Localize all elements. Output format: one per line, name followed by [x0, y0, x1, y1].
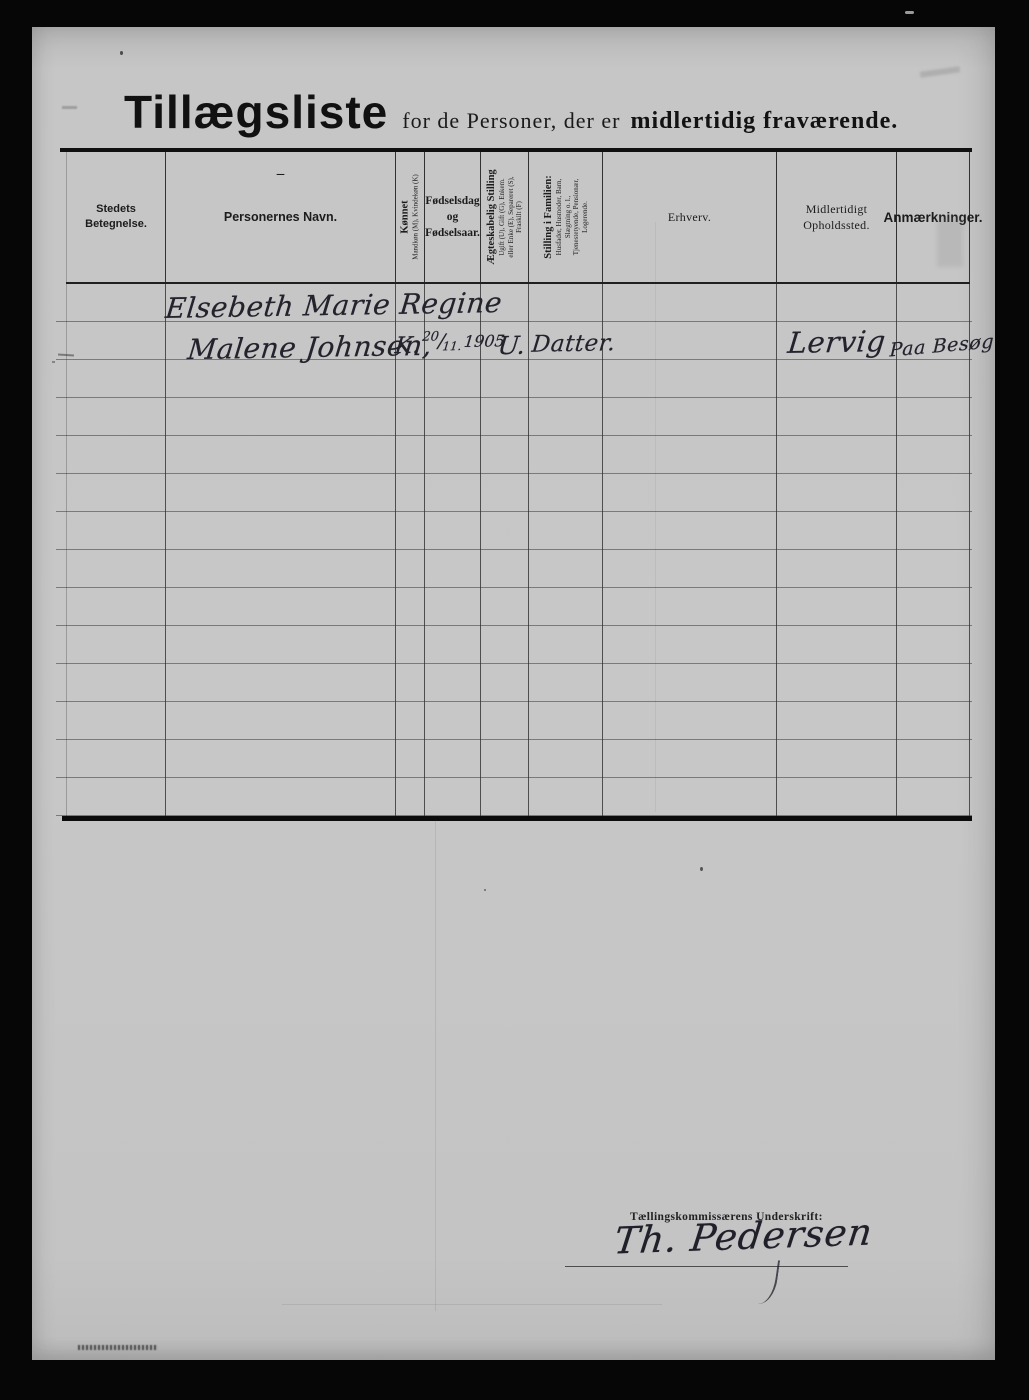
stray-pen-mark: [52, 361, 55, 363]
header-fodselsdag: Fødselsdag og Fødselsaar.: [425, 152, 481, 282]
title-main: Tillægsliste: [124, 85, 388, 139]
fold-crease-vertical-2: [655, 222, 656, 812]
table-header-row: Stedets Betegnelse. – Personernes Navn. …: [66, 152, 970, 284]
header-midlertidigt-opholdssted: Midlertidigt Opholdssted.: [777, 152, 897, 282]
fold-crease-vertical: [435, 819, 436, 1311]
entry-family-position: Datter.: [531, 330, 617, 357]
entry-marital-status: U.: [496, 331, 527, 360]
column-konnet: [396, 284, 425, 816]
header-konnet: Kønnet Mandkøn (M), Kvindekøn (K): [396, 152, 425, 282]
title-emphasis: midlertidig fraværende.: [630, 108, 898, 135]
signature-handwriting: Th. Pedersen: [612, 1211, 876, 1263]
entry-birth-month: 11.: [442, 339, 463, 353]
column-aegteskab: [481, 284, 529, 816]
header-aegteskabelig-stilling: Ægteskabelig Stilling Ugift (U), Gift (G…: [481, 152, 529, 282]
ink-speck: [484, 889, 486, 891]
form-page: Tillægsliste for de Personer, der er mid…: [32, 27, 995, 1360]
fold-crease-horizontal: [282, 1304, 662, 1305]
pencil-smudge: [937, 217, 963, 267]
pencil-smudge: [920, 66, 960, 78]
column-stilling: [529, 284, 603, 816]
census-table: Stedets Betegnelse. – Personernes Navn. …: [66, 152, 970, 821]
header-erhverv: Erhverv.: [603, 152, 777, 282]
scanned-census-form: Tillægsliste for de Personer, der er mid…: [0, 0, 1029, 1400]
header-dash: –: [277, 166, 285, 183]
header-stedets-betegnelse: Stedets Betegnelse.: [66, 152, 166, 282]
ink-speck: [700, 867, 703, 871]
scan-border-speck: [905, 11, 914, 14]
table-bottom-rule: [62, 816, 972, 821]
entry-sex: K.: [394, 333, 422, 359]
ink-speck: [120, 51, 123, 55]
page-title: Tillægsliste for de Personer, der er mid…: [124, 85, 898, 139]
entry-birth-day: 20: [422, 329, 440, 344]
column-erhverv: [603, 284, 777, 816]
entry-birthdate: 20/11.1905: [421, 329, 506, 352]
title-subtitle: for de Personer, der er: [402, 108, 620, 134]
printer-imprint: [78, 1345, 158, 1350]
column-anmaerkninger: [897, 284, 970, 816]
column-stedets: [66, 284, 166, 816]
ink-smudge: [62, 106, 77, 109]
column-fodselsdag: [425, 284, 481, 816]
signature-line: [565, 1266, 848, 1267]
header-stilling-i-familien: Stilling i Familien: Husfader, Husmoder,…: [529, 152, 603, 282]
entry-name-line1: Elsebeth Marie Regine: [164, 286, 504, 325]
header-personernes-navn: – Personernes Navn.: [166, 152, 396, 282]
entry-temporary-residence: Lervig: [786, 324, 887, 360]
column-opholdssted: [777, 284, 897, 816]
